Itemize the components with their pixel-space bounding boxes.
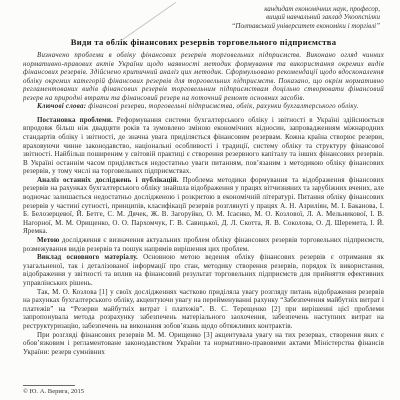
paragraph-lead: Постановка проблеми. bbox=[37, 116, 113, 124]
paragraph-kozlova: Так, М. О. Козлова [1] у своїх досліджен… bbox=[23, 288, 384, 331]
footer-rule bbox=[23, 385, 75, 386]
scanned-article-page: кандидат економічних наук, професор, вищ… bbox=[0, 0, 400, 400]
paragraph-research-goal: Метою дослідження є визначення актуальни… bbox=[23, 236, 384, 253]
affiliation-line: “Полтавський університет економіки і тор… bbox=[23, 22, 380, 30]
page-footer: © Ю. А. Верига, 2015 bbox=[23, 385, 84, 396]
paragraph-lead: Метою bbox=[37, 236, 59, 244]
affiliation-line: вищий навчальний заклад Укоопспілки bbox=[23, 13, 380, 21]
paragraph-literature-review: Аналіз останніх досліджень і публікацій.… bbox=[23, 176, 384, 236]
article-title: Види та облік фінансових резервів торгов… bbox=[23, 37, 384, 47]
affiliation-line: кандидат економічних наук, професор, bbox=[23, 5, 380, 13]
paragraph-text: При розгляді фінансових резервів М. М. О… bbox=[23, 331, 384, 356]
author-affiliation-block: кандидат економічних наук, професор, вищ… bbox=[23, 5, 380, 30]
paragraph-text: Так, М. О. Козлова [1] у своїх досліджен… bbox=[23, 288, 384, 330]
keywords-text: фінансові резерви, торговельні підприємс… bbox=[86, 103, 358, 110]
paragraph-text: Проблема методики формування та відображ… bbox=[23, 176, 384, 236]
paragraph-lead: Виклад основного матеріалу. bbox=[37, 253, 138, 261]
paragraph-problem-statement: Постановка проблеми. Реформування систем… bbox=[23, 116, 384, 176]
paragraph-lead: Аналіз останніх досліджень і публікацій. bbox=[37, 176, 179, 184]
keywords-paragraph: Ключові слова: фінансові резерви, торгов… bbox=[23, 103, 384, 112]
abstract-paragraph: Визначено проблеми в обліку фінансових р… bbox=[23, 52, 384, 103]
paragraph-text: дослідження є визначення актуальних проб… bbox=[23, 236, 384, 253]
paragraph-text: Реформування системи бухгалтерського обл… bbox=[23, 116, 384, 176]
keywords-label: Ключові слова: bbox=[37, 103, 86, 110]
paragraph-main-material: Виклад основного матеріалу. Основною мет… bbox=[23, 253, 384, 287]
copyright-notice: © Ю. А. Верига, 2015 bbox=[23, 388, 84, 396]
paragraph-oryshchenko: При розгляді фінансових резервів М. М. О… bbox=[23, 331, 384, 357]
